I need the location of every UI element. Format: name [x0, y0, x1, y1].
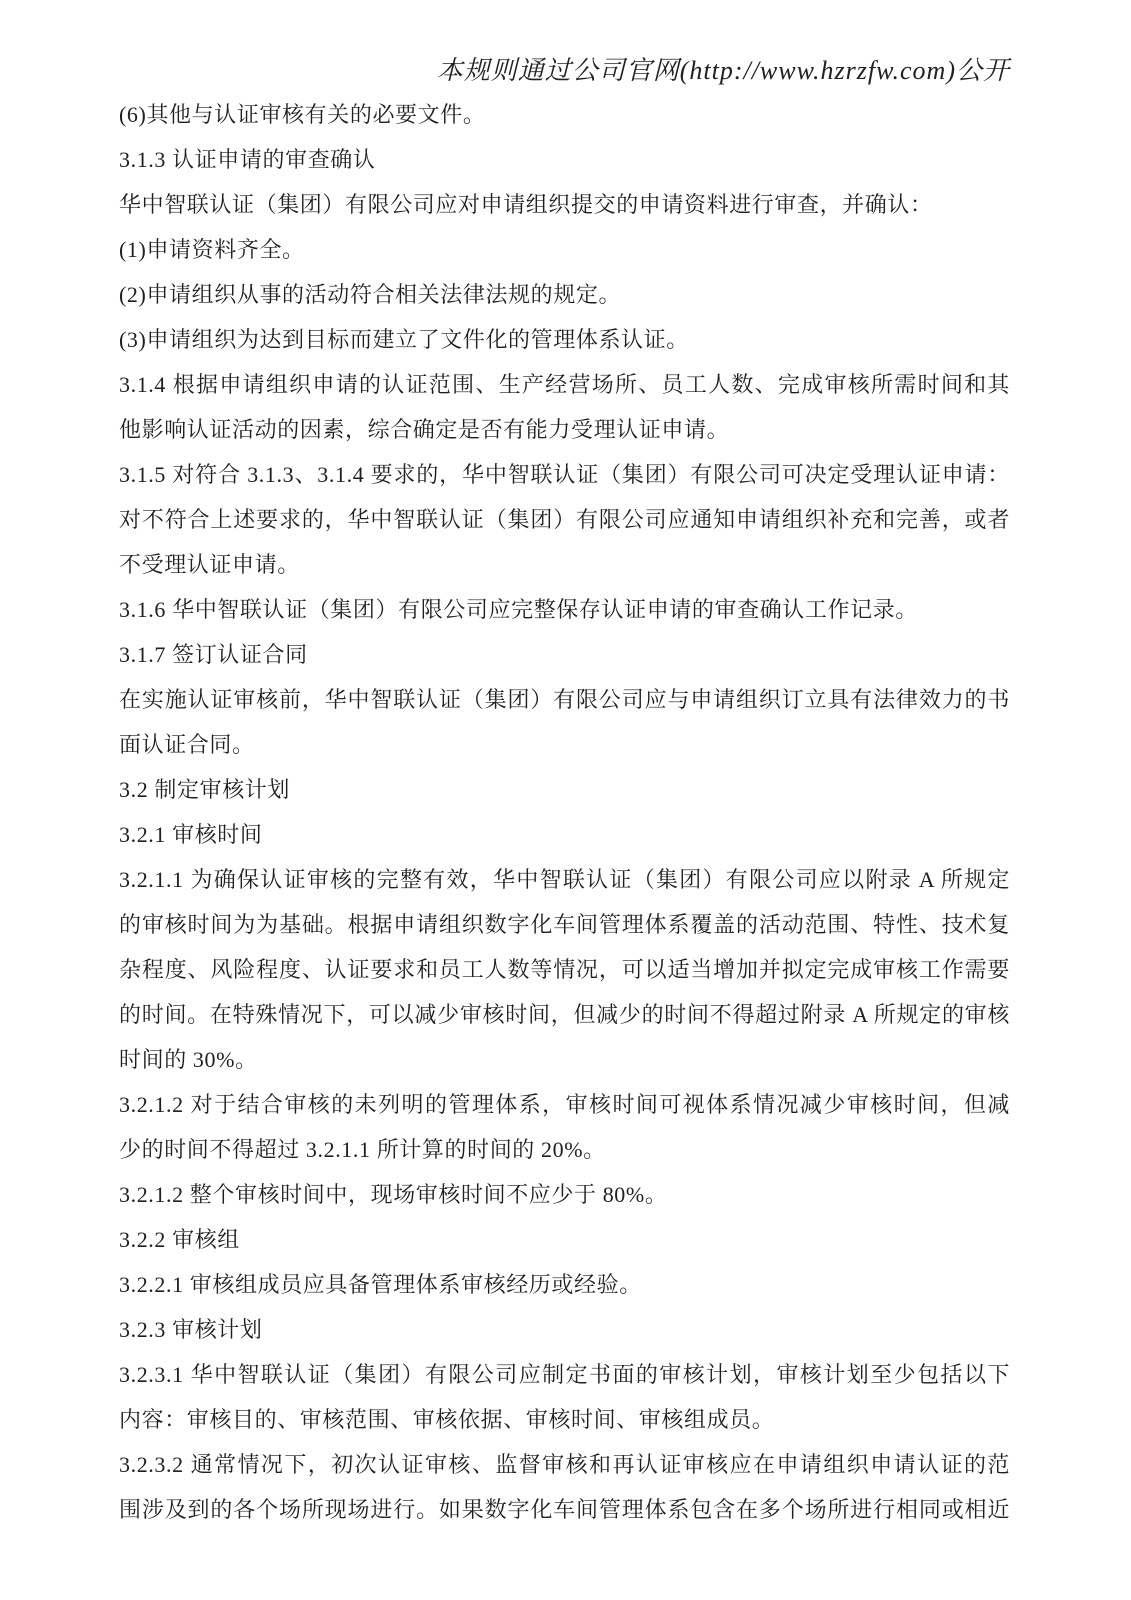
text-line: 杂程度、风险程度、认证要求和员工人数等情况，可以适当增加并拟定完成审核工作需要 — [119, 947, 1010, 992]
text-line: 3.1.3 认证申请的审查确认 — [119, 137, 1010, 182]
text-line: 时间的 30%。 — [119, 1037, 1010, 1082]
document-body: (6)其他与认证审核有关的必要文件。3.1.3 认证申请的审查确认华中智联认证（… — [119, 92, 1010, 1532]
document-page: 本规则通过公司官网(http://www.hzrzfw.com)公开 (6)其他… — [0, 0, 1131, 1600]
text-line: 的时间。在特殊情况下，可以减少审核时间，但减少的时间不得超过附录 A 所规定的审… — [119, 992, 1010, 1037]
text-line: 3.1.7 签订认证合同 — [119, 632, 1010, 677]
text-line: 面认证合同。 — [119, 722, 1010, 767]
text-line: 3.2.1.1 为确保认证审核的完整有效，华中智联认证（集团）有限公司应以附录 … — [119, 857, 1010, 902]
text-line: 3.2.3.1 华中智联认证（集团）有限公司应制定书面的审核计划，审核计划至少包… — [119, 1352, 1010, 1397]
text-line: 的审核时间为为基础。根据申请组织数字化车间管理体系覆盖的活动范围、特性、技术复 — [119, 902, 1010, 947]
text-line: 围涉及到的各个场所现场进行。如果数字化车间管理体系包含在多个场所进行相同或相近 — [119, 1487, 1010, 1532]
text-line: 内容：审核目的、审核范围、审核依据、审核时间、审核组成员。 — [119, 1397, 1010, 1442]
text-line: (3)申请组织为达到目标而建立了文件化的管理体系认证。 — [119, 317, 1010, 362]
text-line: 3.1.6 华中智联认证（集团）有限公司应完整保存认证申请的审查确认工作记录。 — [119, 587, 1010, 632]
header-note: 本规则通过公司官网(http://www.hzrzfw.com)公开 — [437, 55, 1010, 87]
text-line: 不受理认证申请。 — [119, 542, 1010, 587]
text-line: 在实施认证审核前，华中智联认证（集团）有限公司应与申请组织订立具有法律效力的书 — [119, 677, 1010, 722]
text-line: 3.2.1.2 对于结合审核的未列明的管理体系，审核时间可视体系情况减少审核时间… — [119, 1082, 1010, 1127]
text-line: 对不符合上述要求的，华中智联认证（集团）有限公司应通知申请组织补充和完善，或者 — [119, 497, 1010, 542]
text-line: 华中智联认证（集团）有限公司应对申请组织提交的申请资料进行审查，并确认： — [119, 182, 1010, 227]
text-line: (2)申请组织从事的活动符合相关法律法规的规定。 — [119, 272, 1010, 317]
text-line: 3.2 制定审核计划 — [119, 767, 1010, 812]
text-line: (6)其他与认证审核有关的必要文件。 — [119, 92, 1010, 137]
text-line: 少的时间不得超过 3.2.1.1 所计算的时间的 20%。 — [119, 1127, 1010, 1172]
text-line: 3.2.3.2 通常情况下，初次认证审核、监督审核和再认证审核应在申请组织申请认… — [119, 1442, 1010, 1487]
text-line: 他影响认证活动的因素，综合确定是否有能力受理认证申请。 — [119, 407, 1010, 452]
text-line: 3.1.4 根据申请组织申请的认证范围、生产经营场所、员工人数、完成审核所需时间… — [119, 362, 1010, 407]
text-line: 3.2.3 审核计划 — [119, 1307, 1010, 1352]
text-line: 3.2.2.1 审核组成员应具备管理体系审核经历或经验。 — [119, 1262, 1010, 1307]
text-line: 3.1.5 对符合 3.1.3、3.1.4 要求的，华中智联认证（集团）有限公司… — [119, 452, 1010, 497]
text-line: 3.2.2 审核组 — [119, 1217, 1010, 1262]
text-line: 3.2.1 审核时间 — [119, 812, 1010, 857]
text-line: (1)申请资料齐全。 — [119, 227, 1010, 272]
text-line: 3.2.1.2 整个审核时间中，现场审核时间不应少于 80%。 — [119, 1172, 1010, 1217]
